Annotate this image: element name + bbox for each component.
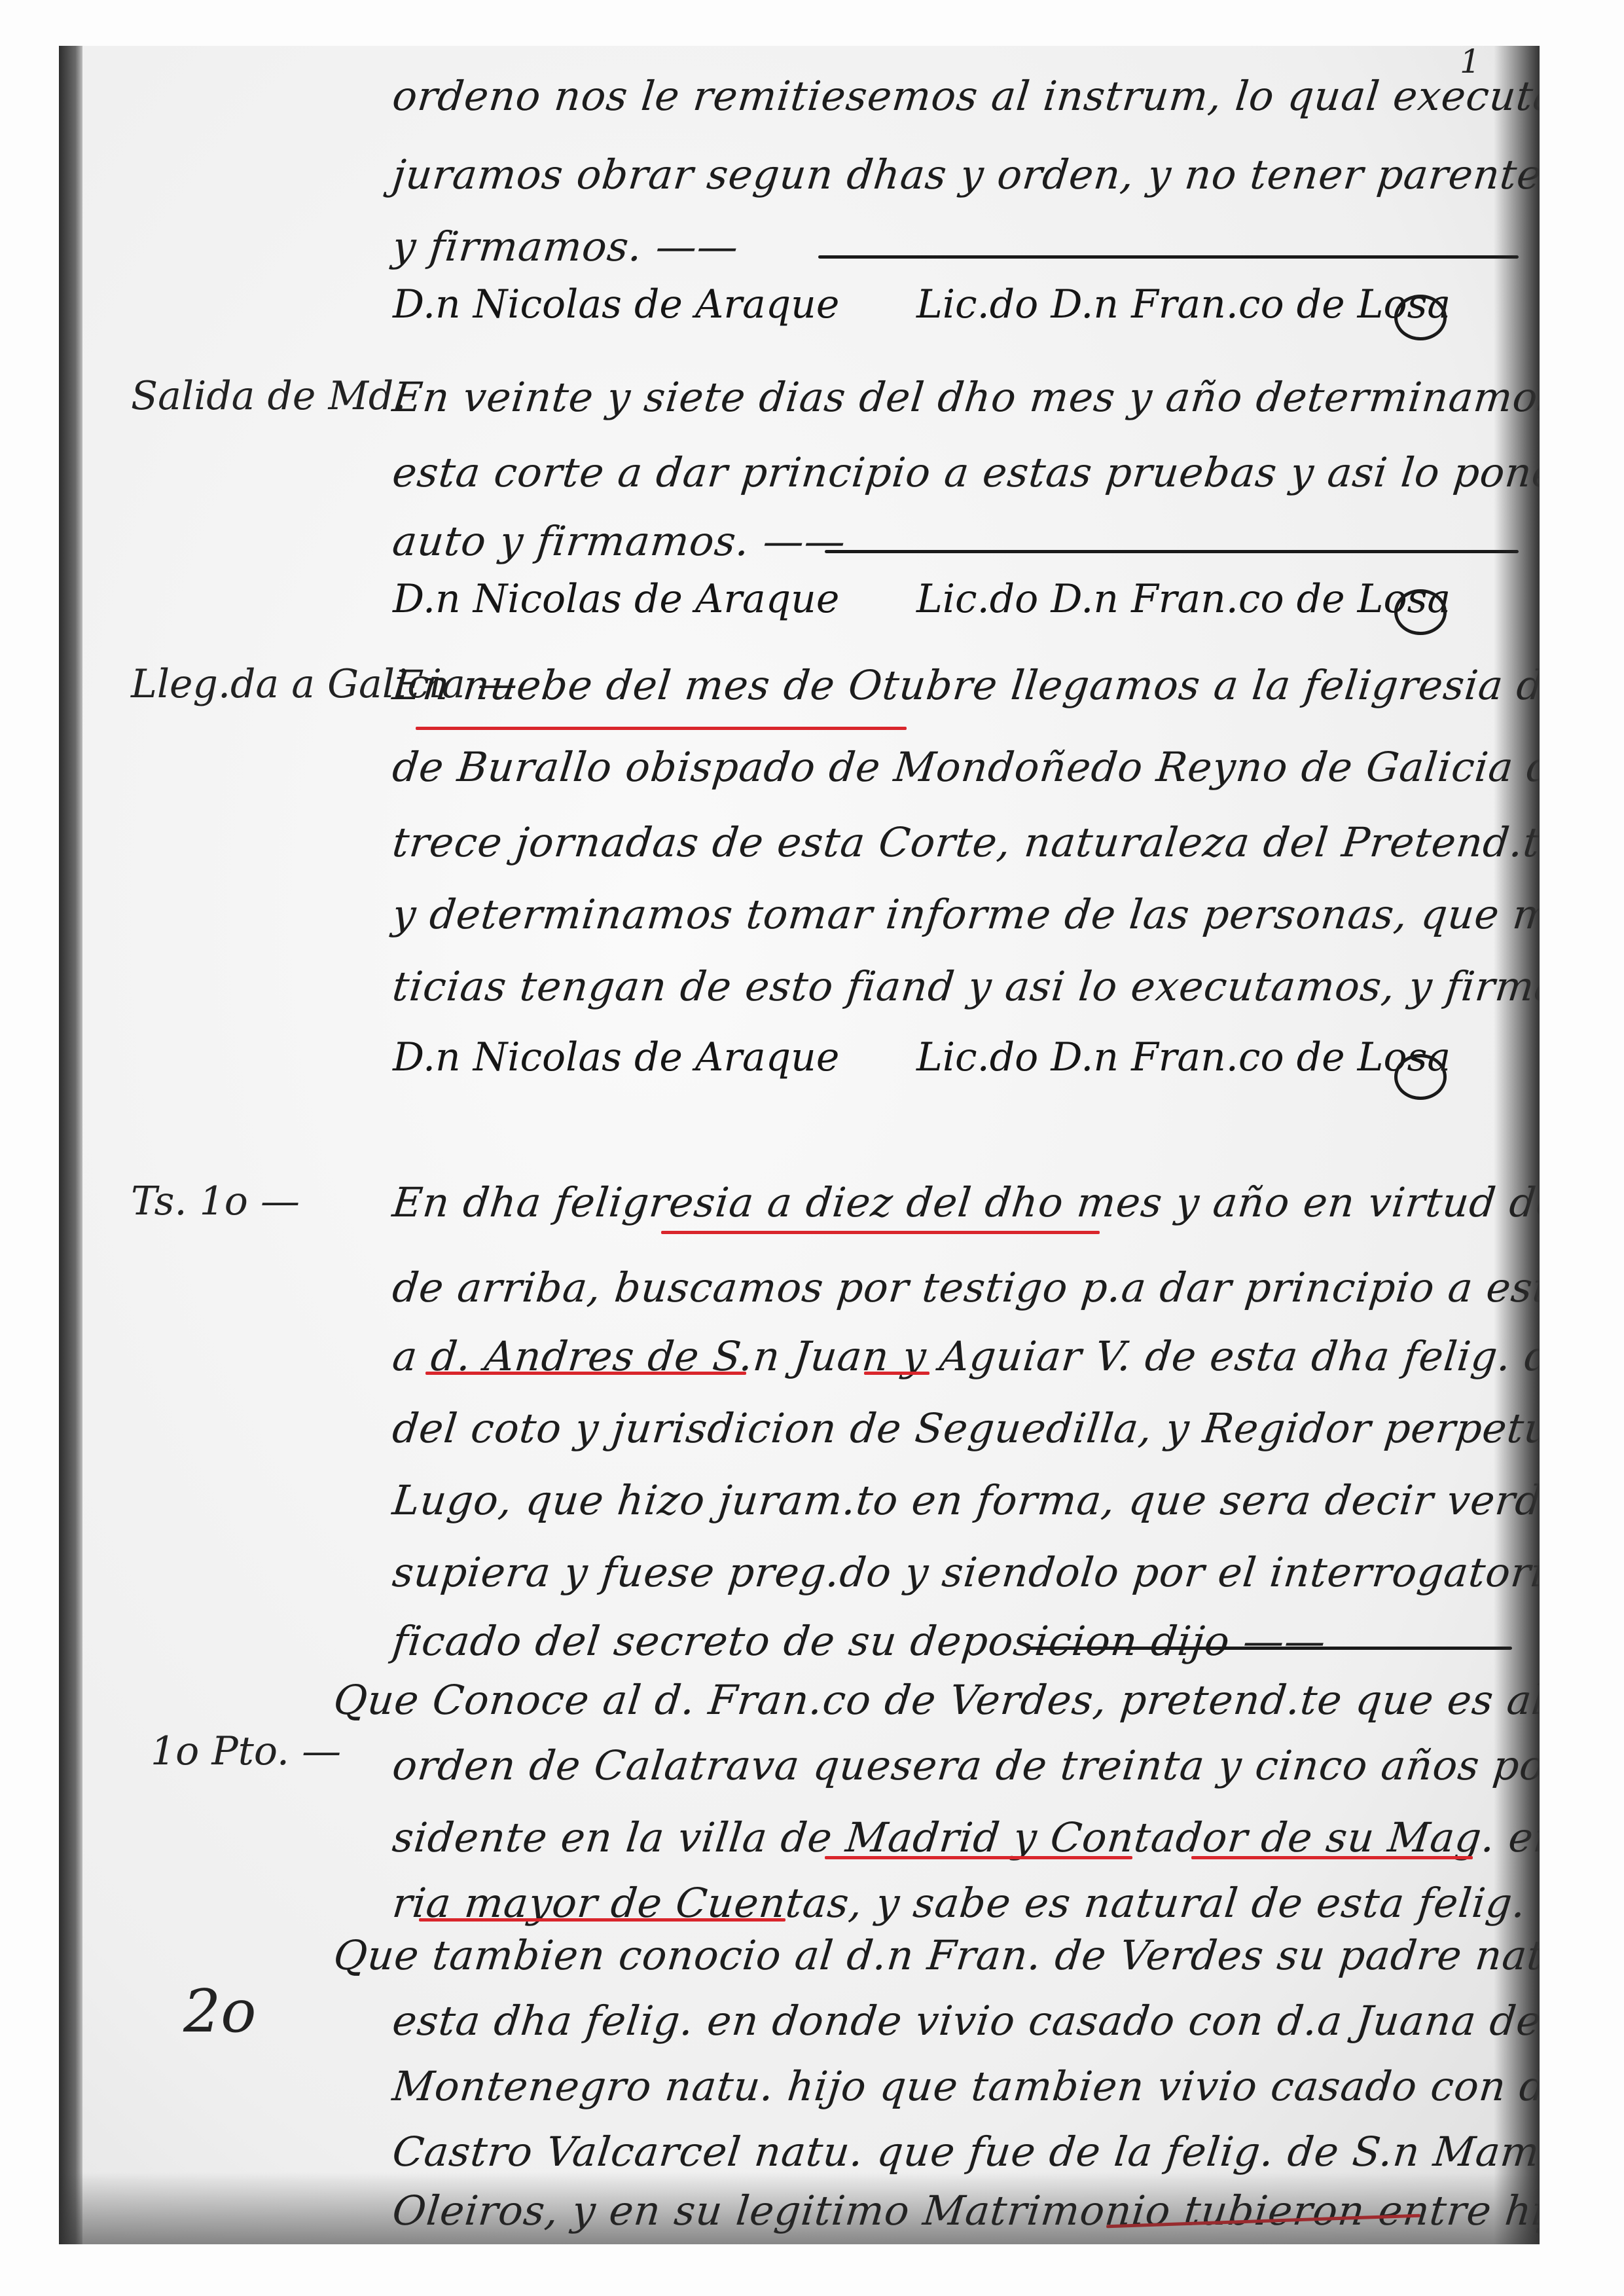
text-line: esta dha felig. en donde vivio casado co… — [390, 1997, 1540, 2045]
closing-rule — [1028, 1647, 1512, 1650]
text-line: juramos obrar segun dhas y orden, y no t… — [390, 151, 1540, 198]
text-line: Montenegro natu. hijo que tambien vivio … — [390, 2062, 1540, 2110]
red-underline — [419, 1918, 785, 1922]
text-line: trece jornadas de esta Corte, naturaleza… — [390, 818, 1540, 866]
scan-shadow — [59, 2172, 1540, 2244]
text-line: de arriba, buscamos por testigo p.a dar … — [390, 1264, 1540, 1311]
text-line: Lugo, que hizo juram.to en forma, que se… — [390, 1476, 1540, 1524]
signature-araque: D.n Nicolas de Araque — [393, 282, 839, 327]
text-line: orden de Calatrava quesera de treinta y … — [390, 1741, 1540, 1789]
closing-rule — [825, 550, 1519, 553]
text-line: ordeno nos le remitiesemos al instrum, l… — [390, 72, 1540, 120]
text-line: Que Conoce al d. Fran.co de Verdes, pret… — [331, 1676, 1540, 1724]
red-underline — [864, 1372, 929, 1375]
manuscript-page: 1 ordeno nos le remitiesemos al instrum,… — [59, 46, 1540, 2244]
margin-note: 2o — [183, 1977, 256, 2046]
margin-note: Ts. 1o — — [131, 1178, 300, 1224]
red-underline — [661, 1231, 1100, 1234]
red-underline — [825, 1856, 1132, 1859]
red-underline — [425, 1372, 746, 1375]
text-line: esta corte a dar principio a estas prueb… — [390, 448, 1540, 496]
signature-losa: Lic.do D.n Fran.co de Losa — [916, 282, 1451, 327]
text-line: y determinamos tomar informe de las pers… — [390, 890, 1540, 938]
signature-araque: D.n Nicolas de Araque — [393, 576, 839, 622]
text-line: del coto y jurisdicion de Seguedilla, y … — [390, 1404, 1540, 1452]
text-line: En dha feligresia a diez del dho mes y a… — [390, 1178, 1540, 1226]
text-line: de Burallo obispado de Mondoñedo Reyno d… — [390, 743, 1540, 791]
rubric-flourish-icon — [1394, 589, 1447, 635]
rubric-flourish-icon — [1394, 1054, 1447, 1100]
text-line: y firmamos. —— — [390, 223, 741, 270]
text-line: En veinte y siete dias del dho mes y año… — [390, 373, 1540, 421]
text-line: supiera y fuese preg.do y siendolo por e… — [390, 1548, 1540, 1596]
signature-araque: D.n Nicolas de Araque — [393, 1034, 839, 1080]
text-line: sidente en la villa de Madrid y Contador… — [390, 1813, 1540, 1861]
red-underline — [416, 727, 907, 730]
signature-losa: Lic.do D.n Fran.co de Losa — [916, 1034, 1451, 1080]
text-line: Castro Valcarcel natu. que fue de la fel… — [390, 2128, 1540, 2176]
closing-rule — [818, 255, 1519, 259]
text-line: ficado del secreto de su deposicion dijo… — [390, 1617, 1328, 1665]
text-line: ticias tengan de esto fiand y asi lo exe… — [390, 962, 1540, 1010]
signature-losa: Lic.do D.n Fran.co de Losa — [916, 576, 1451, 622]
margin-note: Salida de Md. — [131, 373, 406, 419]
red-underline — [1191, 1856, 1473, 1859]
text-line: En nuebe del mes de Otubre llegamos a la… — [390, 661, 1540, 709]
rubric-flourish-icon — [1394, 295, 1447, 340]
text-line: Que tambien conocio al d.n Fran. de Verd… — [331, 1931, 1540, 1979]
margin-note: 1o Pto. — — [151, 1728, 341, 1774]
text-line: auto y firmamos. —— — [390, 517, 848, 565]
